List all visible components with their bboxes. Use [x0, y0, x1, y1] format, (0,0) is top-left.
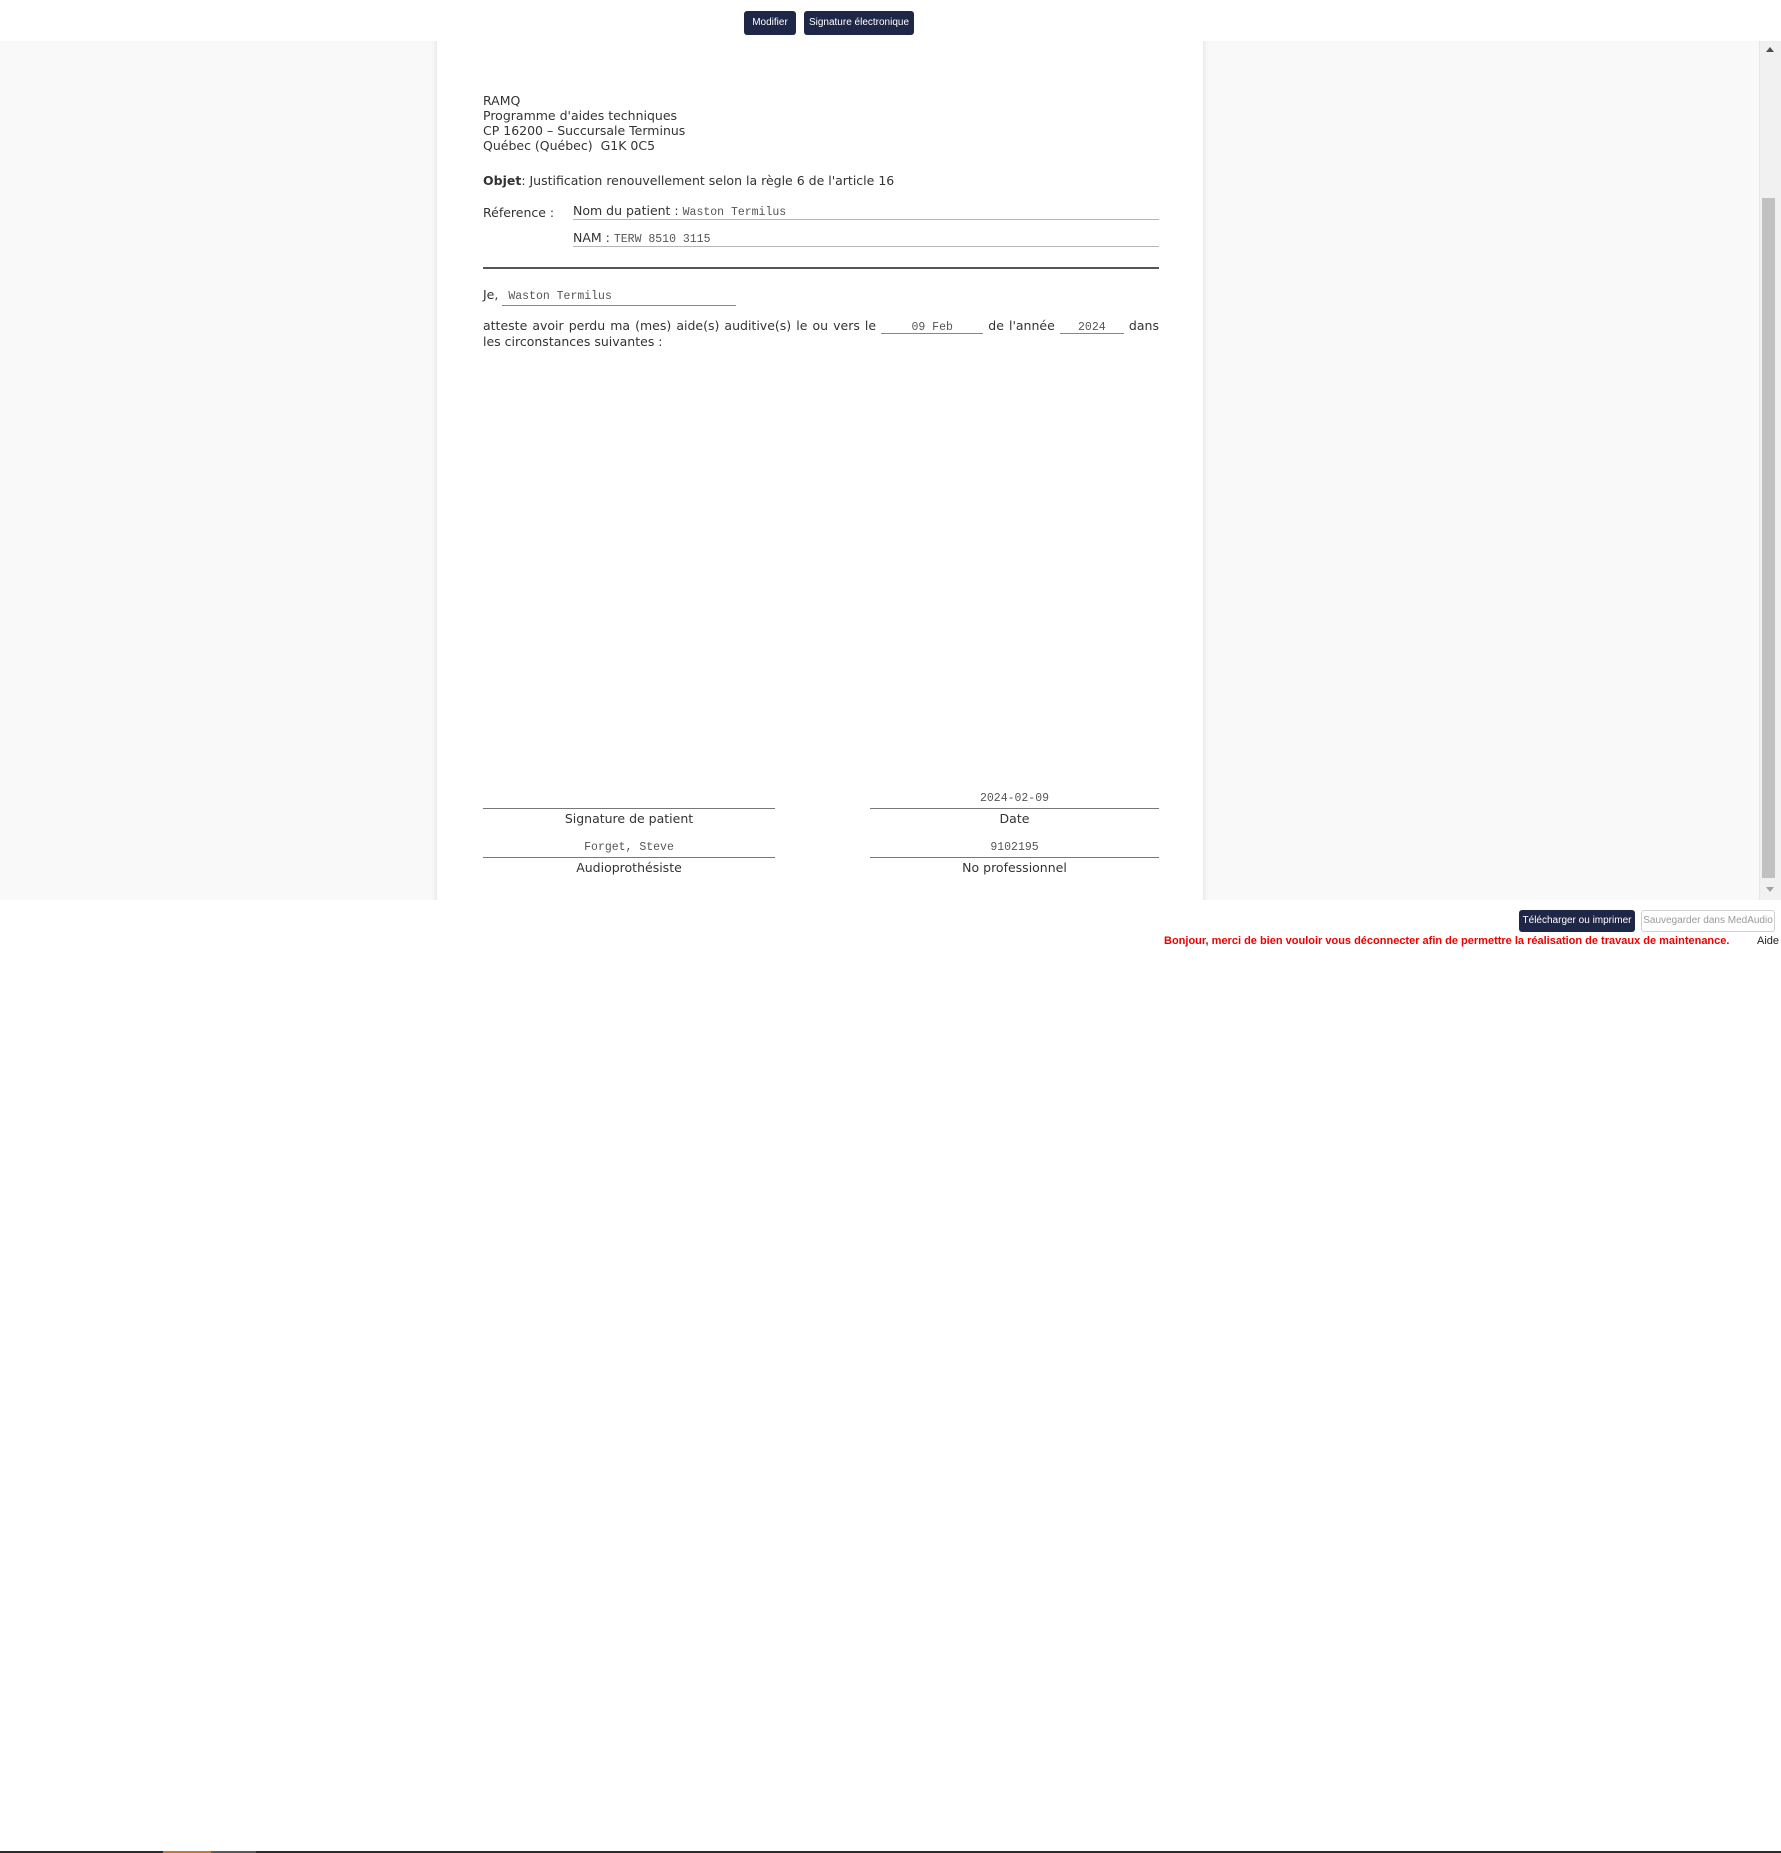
attestation-part1: atteste avoir perdu ma (mes) aide(s) aud…	[483, 318, 876, 333]
scroll-thumb[interactable]	[1762, 198, 1775, 878]
je-label: Je,	[483, 287, 498, 302]
declarant-line: Je, Waston Termilus	[483, 287, 736, 306]
top-toolbar: Modifier Signature électronique	[0, 0, 1781, 41]
nam-value: TERW 8510 3115	[614, 233, 711, 246]
vertical-scrollbar[interactable]	[1759, 41, 1781, 900]
scroll-down-arrow-icon[interactable]	[1766, 887, 1774, 892]
scroll-up-arrow-icon[interactable]	[1766, 47, 1774, 52]
patient-signature-caption: Signature de patient	[483, 811, 775, 826]
nam-row: NAM : TERW 8510 3115	[573, 230, 1159, 247]
audioprosthetist-block: Forget, Steve Audioprothésiste	[483, 841, 775, 875]
declarant-name: Waston Termilus	[502, 290, 736, 306]
modify-button[interactable]: Modifier	[744, 11, 796, 35]
document-page: RAMQ Programme d'aides techniques CP 162…	[437, 41, 1203, 900]
download-print-button[interactable]: Télécharger ou imprimer	[1519, 910, 1635, 932]
document-viewer: RAMQ Programme d'aides techniques CP 162…	[0, 41, 1759, 900]
section-divider	[483, 267, 1159, 269]
professional-number-value: 9102195	[870, 841, 1159, 858]
address-line: Québec (Québec) G1K 0C5	[483, 138, 685, 153]
subject-text: : Justification renouvellement selon la …	[521, 173, 894, 188]
help-link[interactable]: Aide	[1757, 935, 1779, 947]
recipient-address: RAMQ Programme d'aides techniques CP 162…	[483, 93, 685, 153]
subject-label: Objet	[483, 173, 521, 188]
address-line: CP 16200 – Succursale Terminus	[483, 123, 685, 138]
electronic-signature-button[interactable]: Signature électronique	[804, 11, 914, 35]
reference-label: Réference :	[483, 205, 554, 220]
patient-name-row: Nom du patient : Waston Termilus	[573, 203, 1159, 220]
date-value: 2024-02-09	[870, 792, 1159, 809]
patient-signature-value	[483, 792, 775, 809]
audioprosthetist-value: Forget, Steve	[483, 841, 775, 858]
maintenance-alert: Bonjour, merci de bien vouloir vous déco…	[1164, 935, 1729, 947]
address-line: RAMQ	[483, 93, 685, 108]
address-line: Programme d'aides techniques	[483, 108, 685, 123]
loss-day-field: 09 Feb	[881, 320, 983, 334]
footer-bar: Télécharger ou imprimer Sauvegarder dans…	[0, 900, 1781, 953]
patient-name-label: Nom du patient :	[573, 203, 679, 218]
date-caption: Date	[870, 811, 1159, 826]
save-medaudio-button[interactable]: Sauvegarder dans MedAudio	[1641, 910, 1775, 932]
date-block: 2024-02-09 Date	[870, 792, 1159, 826]
professional-number-caption: No professionnel	[870, 860, 1159, 875]
subject-line: Objet: Justification renouvellement selo…	[483, 173, 894, 188]
professional-number-block: 9102195 No professionnel	[870, 841, 1159, 875]
audioprosthetist-caption: Audioprothésiste	[483, 860, 775, 875]
attestation-text: atteste avoir perdu ma (mes) aide(s) aud…	[483, 318, 1159, 349]
patient-name-value: Waston Termilus	[683, 206, 787, 219]
nam-label: NAM :	[573, 230, 610, 245]
attestation-part2: de l'année	[988, 318, 1055, 333]
patient-signature-block: Signature de patient	[483, 792, 775, 826]
loss-year-field: 2024	[1060, 320, 1124, 334]
